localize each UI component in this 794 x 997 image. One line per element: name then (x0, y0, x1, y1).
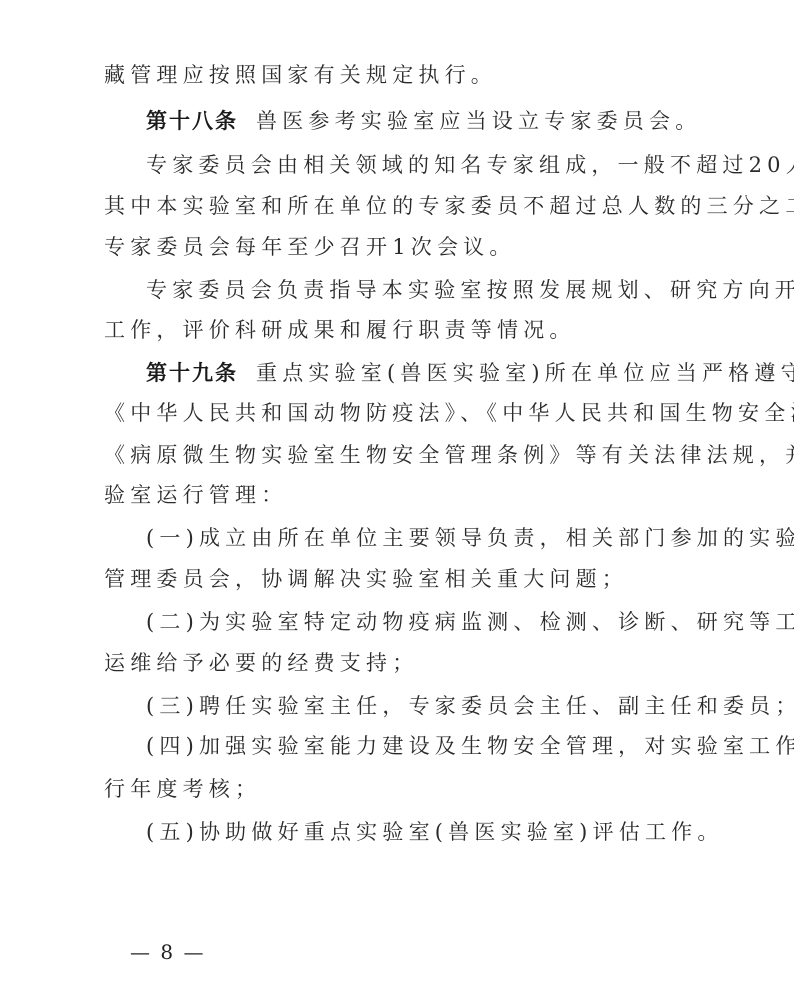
list-item-4: (四)加强实验室能力建设及生物安全管理，对实验室工作进 (146, 732, 694, 760)
article-text: 兽医参考实验室应当设立专家委员会。 (256, 109, 701, 133)
text-line: 专家委员会负责指导本实验室按照发展规划、研究方向开展 (146, 276, 694, 304)
list-item-4-cont: 行年度考核； (104, 775, 694, 803)
text-line: 《病原微生物实验室生物安全管理条例》等有关法律法规，并负责实 (104, 441, 694, 469)
article-text: 重点实验室(兽医实验室)所在单位应当严格遵守 (256, 361, 794, 385)
list-item-2-cont: 运维给予必要的经费支持； (104, 649, 694, 677)
text-line: 其中本实验室和所在单位的专家委员不超过总人数的三分之二。 (104, 192, 694, 220)
list-item-5: (五)协助做好重点实验室(兽医实验室)评估工作。 (146, 818, 694, 846)
list-item-1-cont: 管理委员会，协调解决实验室相关重大问题； (104, 565, 694, 593)
text-line: 《中华人民共和国动物防疫法》、《中华人民共和国生物安全法》、 (104, 399, 694, 427)
list-item-2: (二)为实验室特定动物疫病监测、检测、诊断、研究等工作及 (146, 608, 694, 636)
article-number: 第十九条 (146, 361, 238, 385)
page-number: — 8 — (130, 938, 205, 966)
text-line: 藏管理应按照国家有关规定执行。 (104, 61, 694, 89)
document-page: 藏管理应按照国家有关规定执行。 第十八条兽医参考实验室应当设立专家委员会。 专家… (0, 0, 794, 997)
text-line: 验室运行管理： (104, 481, 694, 509)
list-item-1: (一)成立由所在单位主要领导负责，相关部门参加的实验室 (146, 524, 694, 552)
article-number: 第十八条 (146, 109, 238, 133)
text-line: 专家委员会由相关领域的知名专家组成，一般不超过20人， (146, 151, 694, 179)
text-line: 专家委员会每年至少召开1次会议。 (104, 233, 694, 261)
article-18-heading-line: 第十八条兽医参考实验室应当设立专家委员会。 (146, 107, 694, 135)
article-19-heading-line: 第十九条重点实验室(兽医实验室)所在单位应当严格遵守 (146, 359, 694, 387)
text-line: 工作，评价科研成果和履行职责等情况。 (104, 316, 694, 344)
list-item-3: (三)聘任实验室主任，专家委员会主任、副主任和委员； (146, 692, 694, 720)
